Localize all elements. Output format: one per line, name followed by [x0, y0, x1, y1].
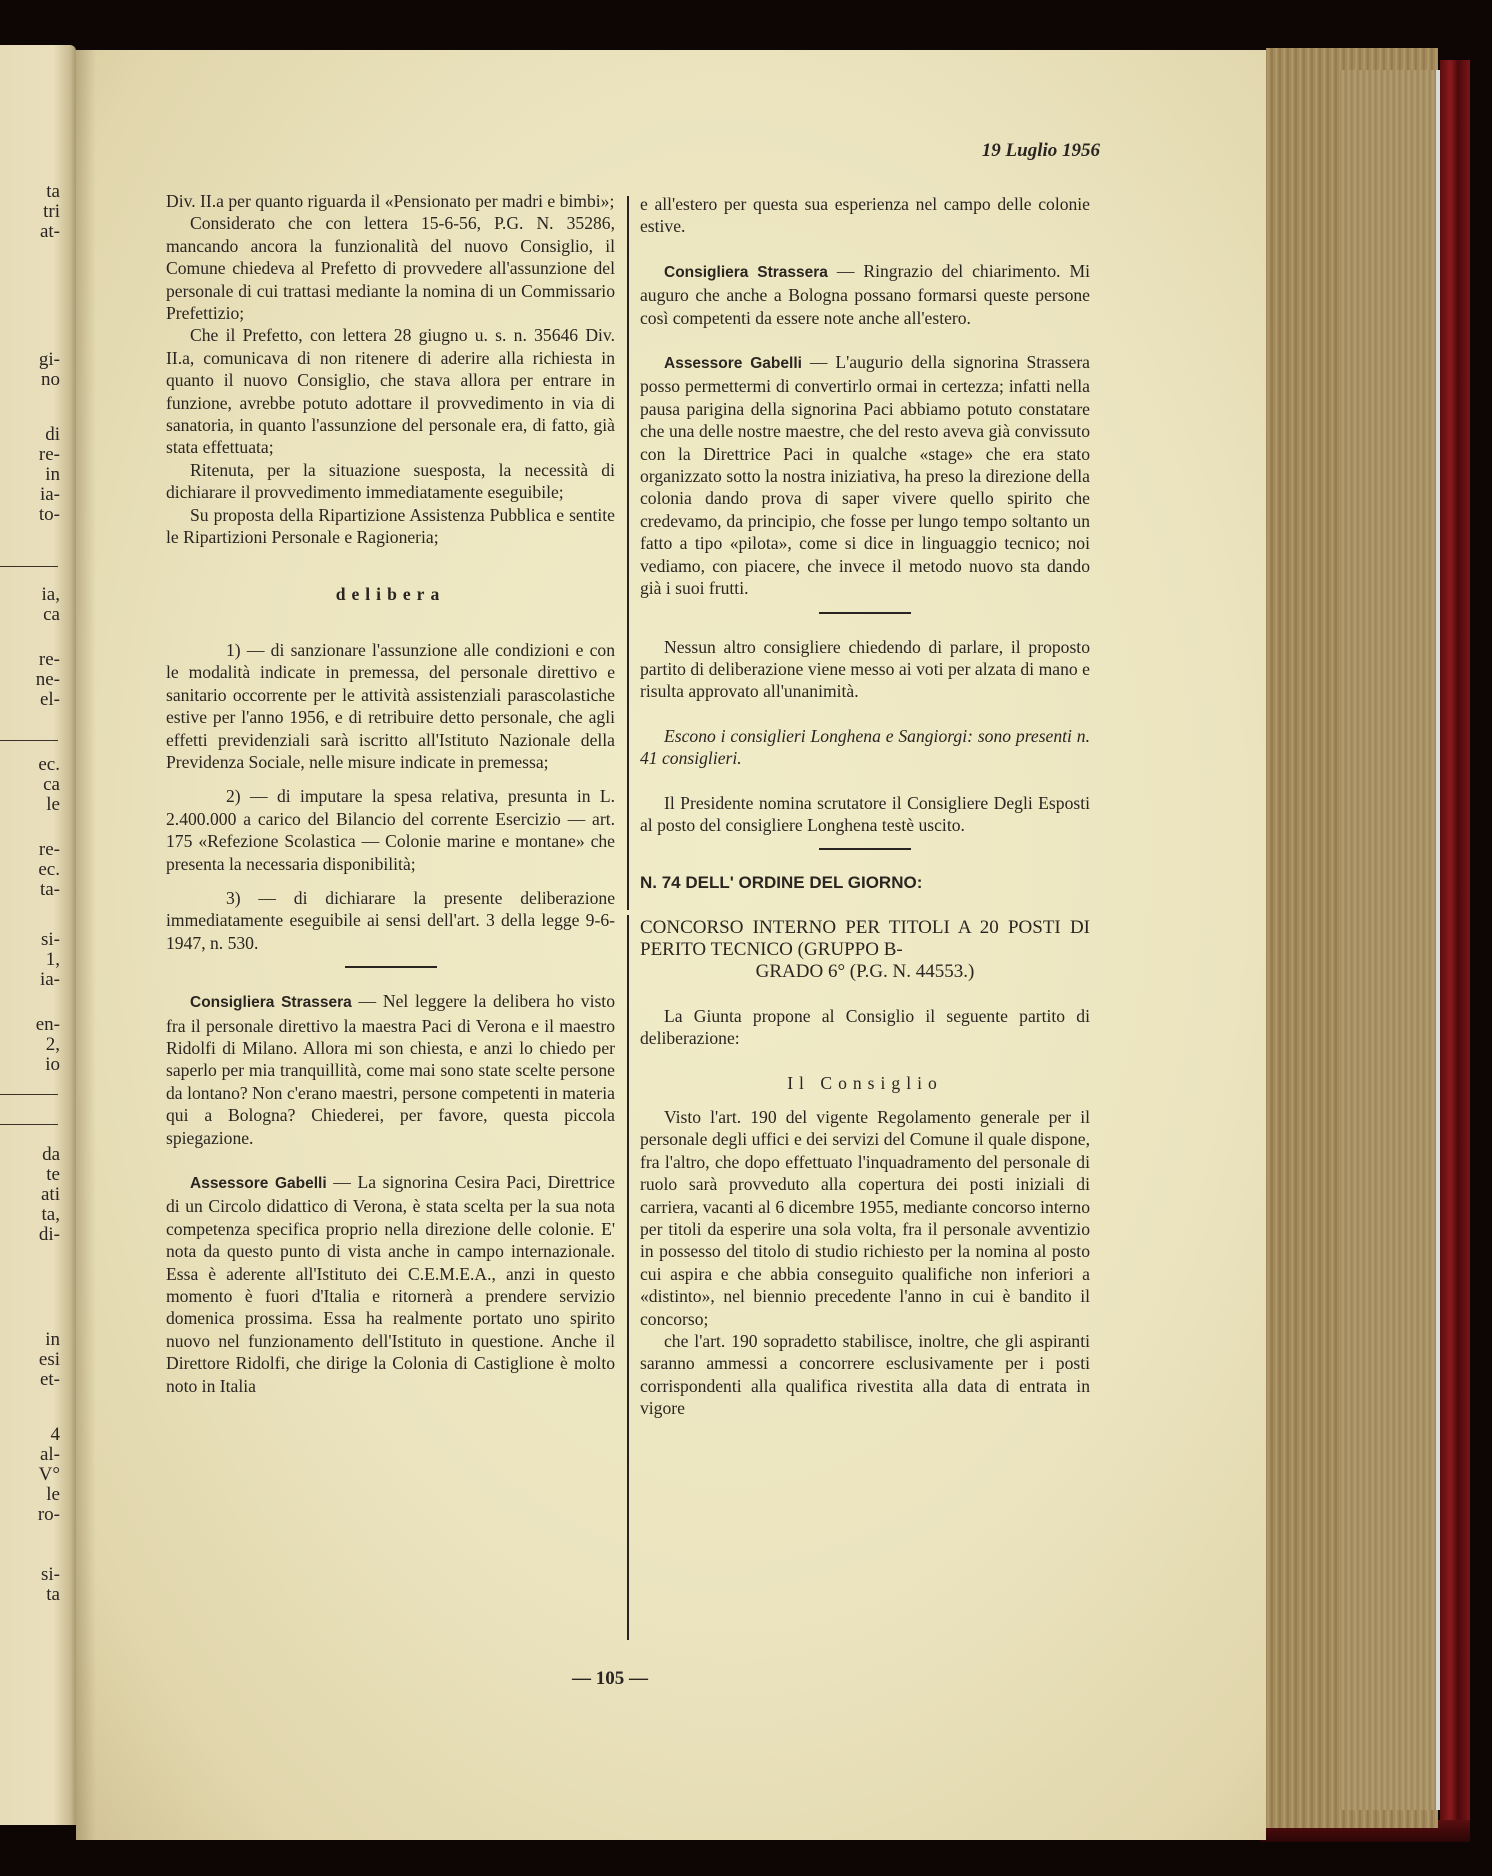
fragment: ne- — [0, 670, 60, 690]
fragment: ia- — [0, 970, 60, 990]
delibera-heading: delibera — [166, 583, 615, 605]
paragraph: che l'art. 190 sopradetto stabilisce, in… — [640, 1330, 1090, 1420]
fragment: 1, — [0, 950, 60, 970]
left-fragment-group: in esi et- — [0, 1330, 60, 1390]
fragment: ia, — [0, 585, 60, 605]
left-fragment-group: si- ta — [0, 1565, 60, 1605]
fragment: to- — [0, 505, 60, 525]
paragraph: Ritenuta, per la situazione suesposta, l… — [166, 459, 615, 504]
fragment: te — [0, 1165, 60, 1185]
fragment: le — [0, 1485, 60, 1505]
column-divider — [627, 196, 629, 910]
left-column: Div. II.a per quanto riguarda il «Pensio… — [166, 190, 615, 1397]
fragment: si- — [0, 930, 60, 950]
fragment: ec. — [0, 860, 60, 880]
speaker-name: Assessore Gabelli — [664, 355, 802, 372]
left-fragment-group: 4 al- V° le ro- — [0, 1425, 60, 1525]
paragraph: Div. II.a per quanto riguarda il «Pensio… — [166, 190, 615, 212]
fragment: esi — [0, 1350, 60, 1370]
fragment: re- — [0, 445, 60, 465]
fragment: le — [0, 795, 60, 815]
consiglio-heading: Il Consiglio — [640, 1072, 1090, 1094]
left-fragment-group: ec. ca le — [0, 755, 60, 815]
fragment: et- — [0, 1370, 60, 1390]
speech: Assessore Gabelli — La signorina Cesira … — [166, 1171, 615, 1397]
fragment: ta — [0, 1585, 60, 1605]
gutter-shadow — [76, 50, 96, 1840]
fragment: da — [0, 1145, 60, 1165]
speaker-name: Consigliera Strassera — [664, 264, 828, 281]
fragment: ta, — [0, 1205, 60, 1225]
speaker-name: Assessore Gabelli — [190, 1175, 327, 1192]
fragment: ia- — [0, 485, 60, 505]
agenda-heading: N. 74 DELL' ORDINE DEL GIORNO: — [640, 872, 1090, 894]
page-number: — 105 — — [560, 1668, 660, 1690]
left-rule — [0, 566, 58, 567]
fragment: at- — [0, 222, 60, 242]
fragment: ro- — [0, 1505, 60, 1525]
exit-note: Escono i consiglieri Longhena e Sangiorg… — [640, 725, 1090, 770]
fragment: ati — [0, 1185, 60, 1205]
agenda-title: CONCORSO INTERNO PER TITOLI A 20 POSTI D… — [640, 917, 1090, 961]
fragment: re- — [0, 840, 60, 860]
left-rule — [0, 740, 58, 741]
fragment: io — [0, 1055, 60, 1075]
page-edges-inner — [1340, 70, 1440, 1810]
resolution-item: 2) — di imputare la spesa relativa, pres… — [166, 785, 615, 875]
fragment: ca — [0, 775, 60, 795]
left-fragment-group: en- 2, io — [0, 1015, 60, 1075]
fragment: V° — [0, 1465, 60, 1485]
left-fragment-group: di re- in ia- to- — [0, 425, 60, 525]
speech: Consigliera Strassera — Nel leggere la d… — [166, 990, 615, 1149]
speech: Assessore Gabelli — L'augurio della sign… — [640, 351, 1090, 599]
fragment: al- — [0, 1445, 60, 1465]
fragment: no — [0, 370, 60, 390]
speaker-name: Consigliera Strassera — [190, 994, 352, 1011]
vote-paragraph: Nessun altro consigliere chiedendo di pa… — [640, 636, 1090, 703]
paragraph: La Giunta propone al Consiglio il seguen… — [640, 1005, 1090, 1050]
president-note: Il Presidente nomina scrutatore il Consi… — [640, 792, 1090, 837]
fragment: in — [0, 1330, 60, 1350]
speech: Consigliera Strassera — Ringrazio del ch… — [640, 260, 1090, 329]
fragment: si- — [0, 1565, 60, 1585]
fragment: in — [0, 465, 60, 485]
fragment: ta — [0, 182, 60, 202]
left-fragment-group: re- ne- el- — [0, 650, 60, 710]
left-rule — [0, 1124, 58, 1125]
left-fragment-group: ta tri at- — [0, 182, 60, 242]
paragraph: Su proposta della Ripartizione Assistenz… — [166, 504, 615, 549]
left-fragment-group: si- 1, ia- — [0, 930, 60, 990]
column-divider — [627, 915, 629, 1640]
fragment: 2, — [0, 1035, 60, 1055]
fragment: ec. — [0, 755, 60, 775]
left-fragment-group: ia, ca — [0, 585, 60, 625]
speech-text: — Nel leggere la delibera ho visto fra i… — [166, 991, 615, 1147]
fragment: ca — [0, 605, 60, 625]
speech-text: — L'augurio della signorina Strassera po… — [640, 352, 1090, 598]
fragment: gi- — [0, 350, 60, 370]
fragment: 4 — [0, 1425, 60, 1445]
resolution-item: 1) — di sanzionare l'assunzione alle con… — [166, 639, 615, 773]
right-column: e all'estero per questa sua esperienza n… — [640, 193, 1090, 1420]
paragraph: Considerato che con lettera 15-6-56, P.G… — [166, 212, 615, 324]
fragment: tri — [0, 202, 60, 222]
fragment: el- — [0, 690, 60, 710]
fragment: di- — [0, 1225, 60, 1245]
resolution-item: 3) — di dichiarare la presente deliberaz… — [166, 887, 615, 954]
left-fragment-group: da te ati ta, di- — [0, 1145, 60, 1245]
paragraph: Visto l'art. 190 del vigente Regolamento… — [640, 1106, 1090, 1330]
book-cover — [1440, 60, 1470, 1840]
paragraph: e all'estero per questa sua esperienza n… — [640, 193, 1090, 238]
left-fragment-group: gi- no — [0, 350, 60, 390]
page-header-date: 19 Luglio 1956 — [940, 140, 1100, 162]
fragment: ta- — [0, 880, 60, 900]
left-fragment-group: re- ec. ta- — [0, 840, 60, 900]
speech-text: — La signorina Cesira Paci, Direttrice d… — [166, 1172, 615, 1396]
agenda-title-line2: GRADO 6° (P.G. N. 44553.) — [640, 961, 1090, 983]
paragraph: Che il Prefetto, con lettera 28 giugno u… — [166, 324, 615, 458]
left-rule — [0, 1094, 58, 1095]
fragment: en- — [0, 1015, 60, 1035]
fragment: re- — [0, 650, 60, 670]
fragment: di — [0, 425, 60, 445]
